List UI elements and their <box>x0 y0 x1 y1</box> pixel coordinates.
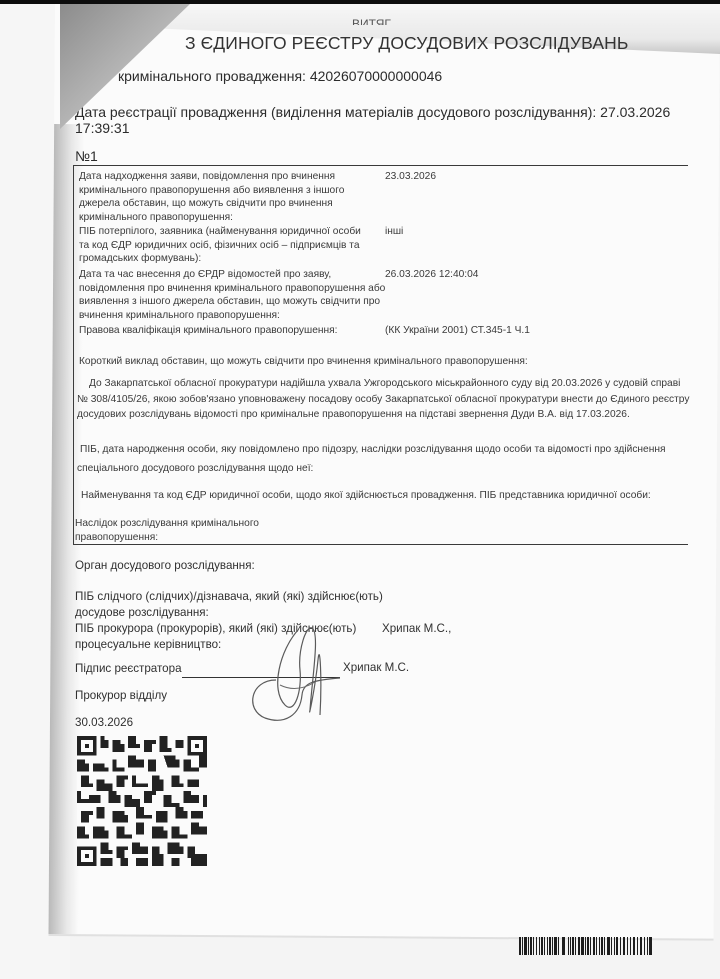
registration-date-line: Дата реєстрації провадження (виділення м… <box>75 104 670 120</box>
row-entry-datetime-label: Дата та час внесення до ЄРДР відомостей … <box>79 268 385 322</box>
investigator-label: ПІБ слідчого (слідчих)/дізнавача, який (… <box>75 589 383 621</box>
registrar-name: Хрипак М.С. <box>343 660 409 676</box>
handwritten-signature <box>240 620 350 730</box>
label-line: вчинення кримінального правопорушення: <box>79 309 385 323</box>
row-receipt-date-value: 23.03.2026 <box>385 170 436 184</box>
label-line: повідомлення про вчинення кримінального … <box>79 282 385 296</box>
summary-text: До Закарпатської обласної прокуратури на… <box>77 376 689 423</box>
label-line: кримінального правопорушення: <box>79 211 344 225</box>
registration-date-label: Дата реєстрації провадження (виділення м… <box>75 104 596 120</box>
summary-label: Короткий виклад обставин, що можуть свід… <box>79 355 528 369</box>
row-receipt-date-label: Дата надходження заяви, повідомлення про… <box>79 170 344 224</box>
document-title: З ЄДИНОГО РЕЄСТРУ ДОСУДОВИХ РОЗСЛІДУВАНЬ <box>185 33 628 54</box>
label-line: Дата та час внесення до ЄРДР відомостей … <box>79 268 385 282</box>
label-line: ПІБ слідчого (слідчих)/дізнавача, який (… <box>75 589 383 605</box>
label-line: ПІБ потерпілого, заявника (найменування … <box>79 225 361 239</box>
label-line: та код ЄДР юридичних осіб, фізичних осіб… <box>79 239 361 253</box>
label-line: виявлення з іншого джерела обставин, що … <box>79 295 385 309</box>
investigation-body-label: Орган досудового розслідування: <box>75 558 255 574</box>
investigation-outcome-label: Наслідок розслідування кримінального пра… <box>75 517 259 544</box>
case-number: 42026070000000046 <box>310 68 442 84</box>
case-number-label: кримінального провадження: <box>118 68 306 84</box>
label-line: досудове розслідування: <box>75 605 383 621</box>
label-line: правопорушення: <box>75 531 259 545</box>
row-legal-qualification-label: Правова кваліфікація кримінального право… <box>79 324 337 338</box>
registration-date: 27.03.2026 <box>600 104 670 120</box>
entry-number: №1 <box>75 148 98 164</box>
label-line: спеціального досудового розслідування що… <box>77 459 665 478</box>
summary-line: До Закарпатської обласної прокуратури на… <box>77 376 689 392</box>
position-title: Прокурор відділу <box>75 688 167 704</box>
legal-entity-label: Найменування та код ЄДР юридичної особи,… <box>81 489 651 503</box>
label-line: Наслідок розслідування кримінального <box>75 517 259 531</box>
document-date: 30.03.2026 <box>75 715 133 731</box>
qr-code <box>77 736 207 866</box>
row-entry-datetime-value: 26.03.2026 12:40:04 <box>385 268 478 282</box>
label-line: джерела обставин, що можуть свідчити про… <box>79 197 344 211</box>
registration-time: 17:39:31 <box>75 120 130 136</box>
label-line: громадських формувань): <box>79 252 361 266</box>
summary-line: № 308/4105/26, якою зобов'язано уповнова… <box>77 392 689 408</box>
suspect-info-label: ПІБ, дата народження особи, яку повідомл… <box>77 440 665 478</box>
row-legal-qualification-value: (КК України 2001) СТ.345-1 Ч.1 <box>385 324 530 338</box>
document-type-partial: ВИТЯГ <box>352 17 391 25</box>
label-line: Дата надходження заяви, повідомлення про… <box>79 170 344 184</box>
barcode <box>519 937 653 955</box>
label-line: ПІБ, дата народження особи, яку повідомл… <box>77 440 665 459</box>
registrar-signature-label: Підпис реєстратора <box>75 661 182 677</box>
prosecutor-name: Хрипак М.С., <box>382 621 451 637</box>
case-number-line: кримінального провадження: 4202607000000… <box>118 68 442 84</box>
row-victim-label: ПІБ потерпілого, заявника (найменування … <box>79 225 361 266</box>
summary-line: досудових розслідувань відомості про кри… <box>77 407 689 423</box>
row-victim-value: інші <box>385 225 403 239</box>
label-line: кримінального правопорушення або виявлен… <box>79 184 344 198</box>
